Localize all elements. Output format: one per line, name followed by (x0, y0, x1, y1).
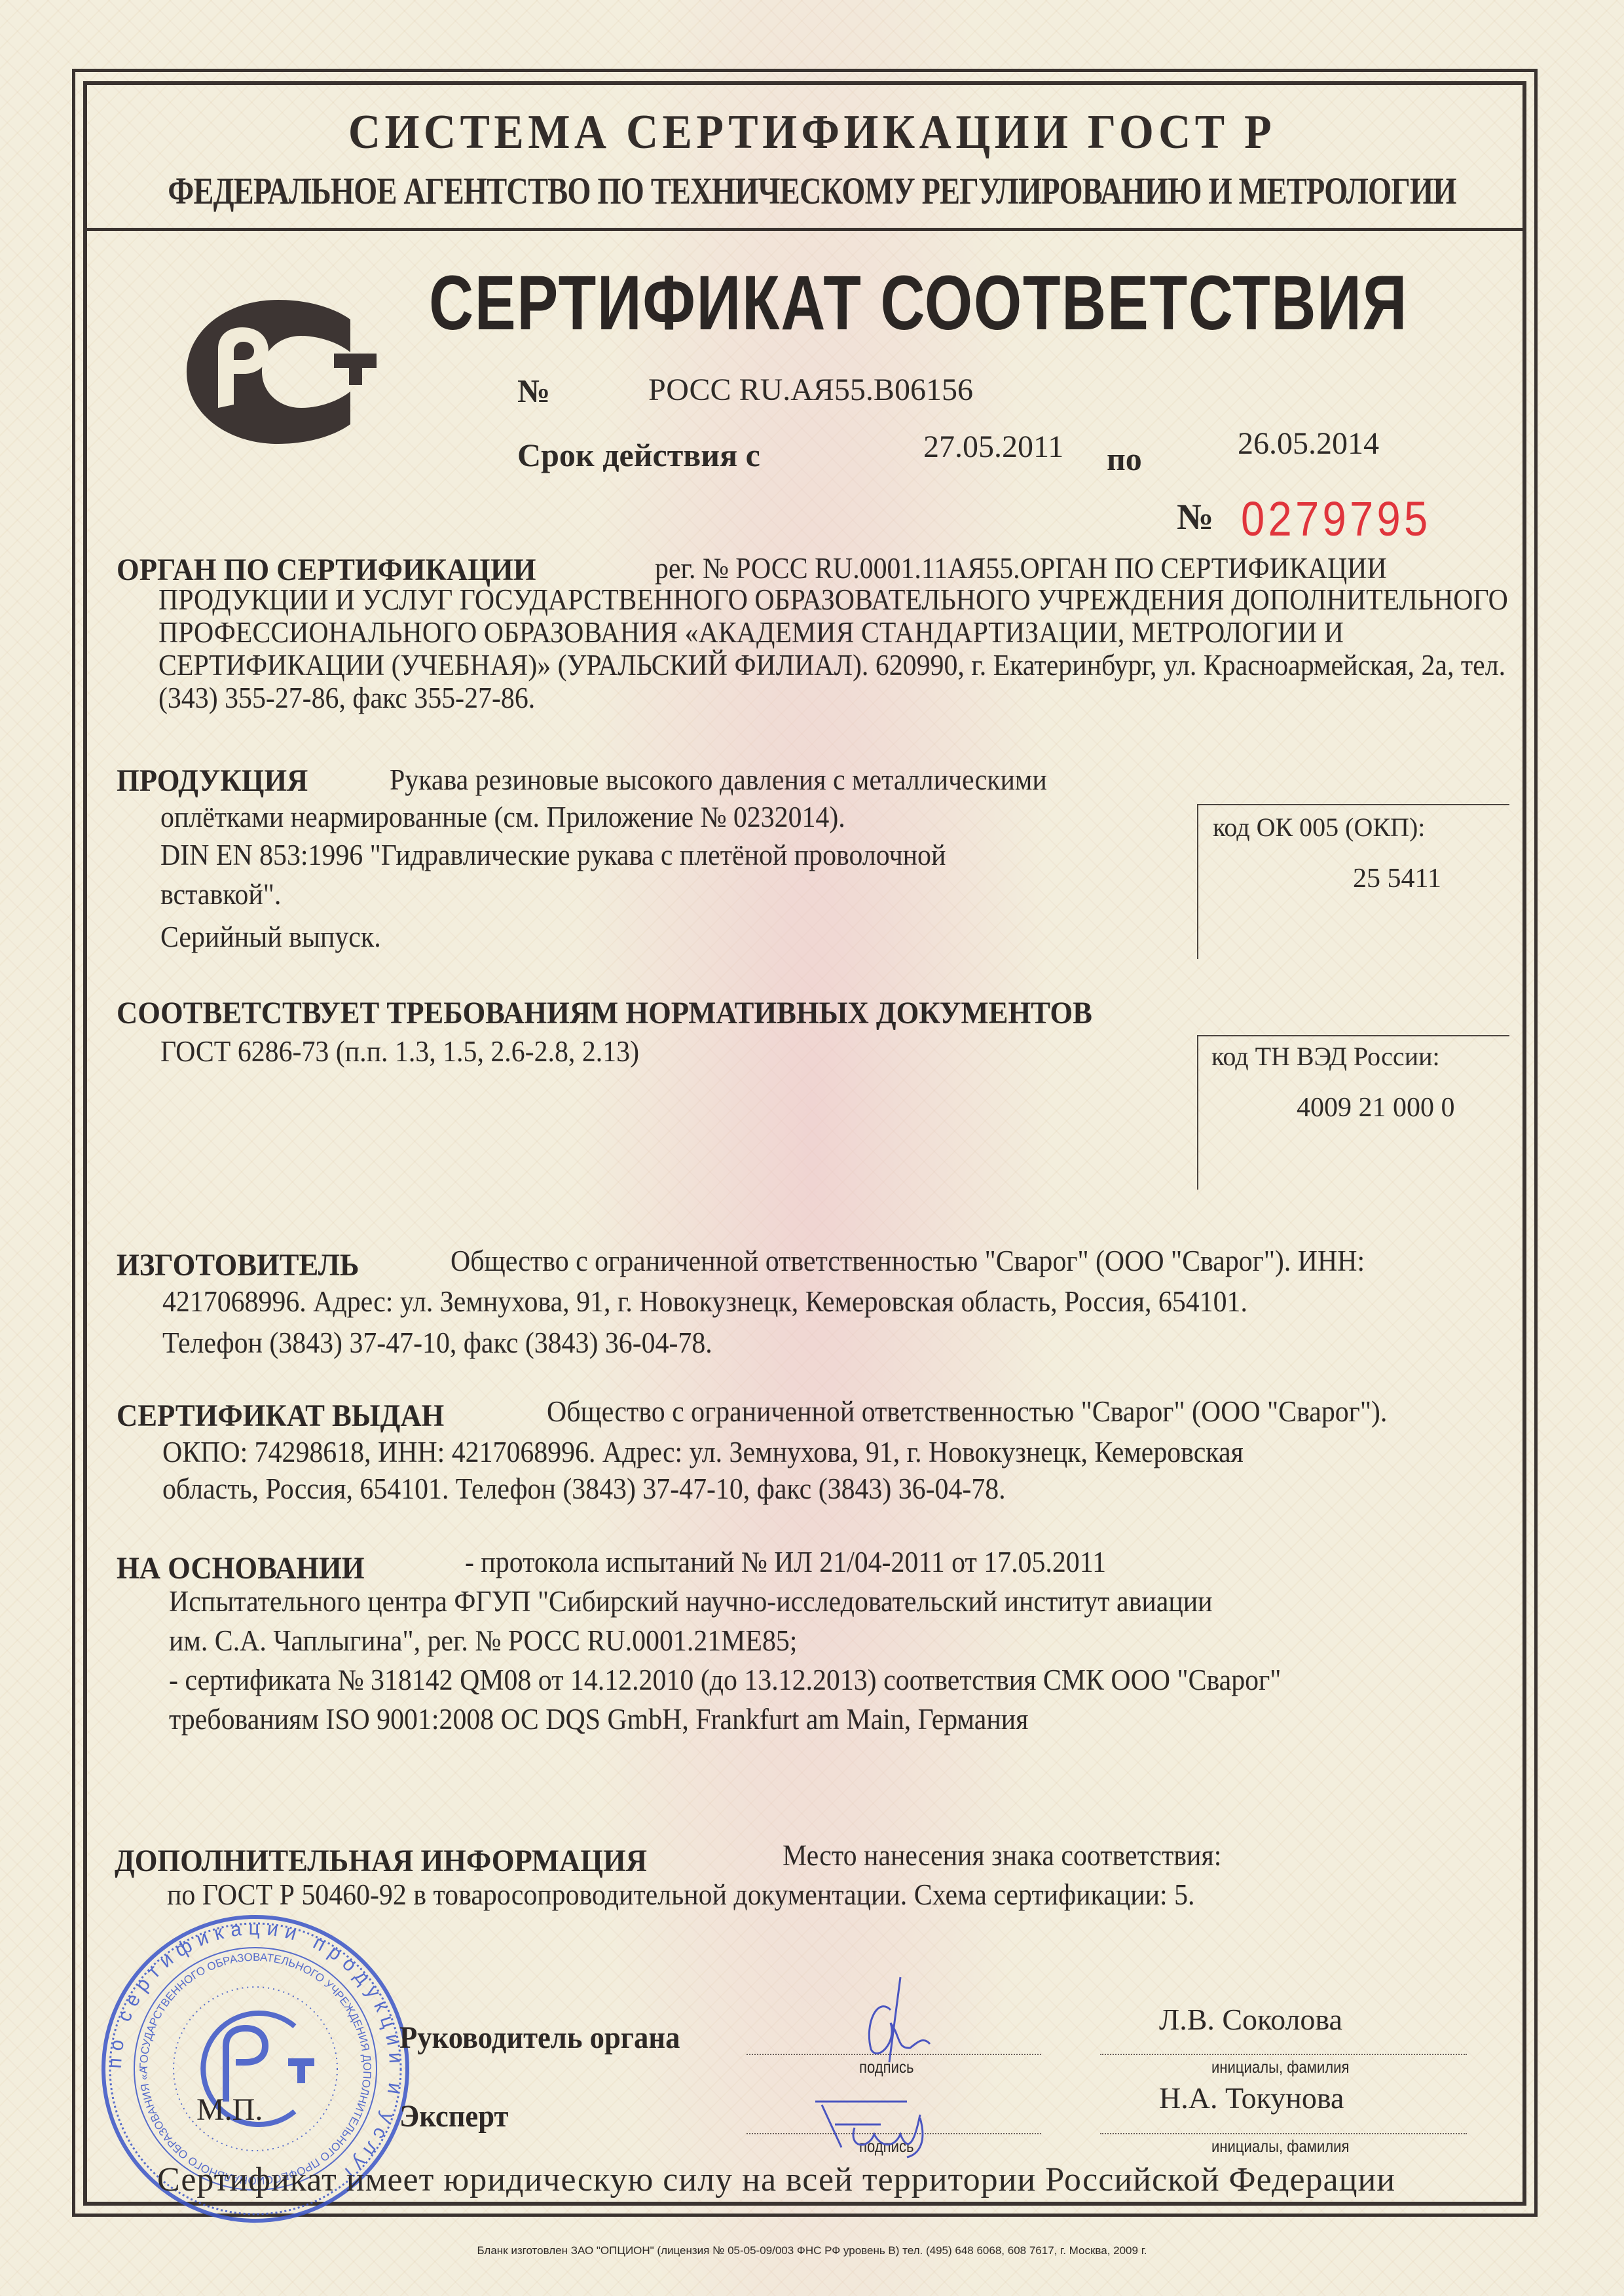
additional-info-label: ДОПОЛНИТЕЛЬНАЯ ИНФОРМАЦИЯ (115, 1843, 647, 1879)
registration-number: РОСС RU.АЯ55.В06156 (648, 372, 973, 408)
product-line: DIN EN 853:1996 "Гидравлические рукава с… (160, 838, 946, 872)
compliance-label: СООТВЕТСТВУЕТ ТРЕБОВАНИЯМ НОРМАТИВНЫХ ДО… (117, 995, 1092, 1031)
blank-serial-number: 0279795 (1241, 491, 1431, 547)
tnved-code-value: 4009 21 000 0 (1297, 1092, 1455, 1123)
head-name-caption: инициалы, фамилия (1211, 2057, 1349, 2077)
expert-name-caption: инициалы, фамилия (1211, 2136, 1349, 2157)
basis-line: Испытательного центра ФГУП "Сибирский на… (169, 1584, 1213, 1618)
issued-to-label: СЕРТИФИКАТ ВЫДАН (117, 1398, 444, 1434)
expert-name-line (1100, 2133, 1467, 2134)
certification-body-line: рег. № РОСС RU.0001.11АЯ55.ОРГАН ПО СЕРТ… (655, 551, 1387, 585)
product-line: Серийный выпуск. (160, 920, 381, 954)
additional-info-line: Место нанесения знака соответствия: (783, 1838, 1221, 1872)
registration-number-sign: № (517, 372, 550, 410)
expert-name: Н.А. Токунова (1159, 2081, 1344, 2115)
blank-serial-sign: № (1177, 496, 1213, 538)
tnved-code-label: код ТН ВЭД России: (1211, 1041, 1440, 1072)
validity-label: Срок действия с (517, 436, 760, 474)
printer-note: Бланк изготовлен ЗАО "ОПЦИОН" (лицензия … (0, 2244, 1624, 2257)
system-heading: СИСТЕМА СЕРТИФИКАЦИИ ГОСТ Р (65, 105, 1559, 160)
head-name-line (1100, 2054, 1467, 2055)
valid-from-date: 27.05.2011 (923, 429, 1063, 465)
certification-body-line: СЕРТИФИКАЦИИ (УЧЕБНАЯ)» (УРАЛЬСКИЙ ФИЛИА… (158, 648, 1505, 682)
expert-role-label: Эксперт (399, 2098, 508, 2134)
agency-heading: ФЕДЕРАЛЬНОЕ АГЕНТСТВО ПО ТЕХНИЧЕСКОМУ РЕ… (162, 169, 1462, 213)
okp-code-label: код ОК 005 (ОКП): (1213, 812, 1425, 843)
seal-place-label: М.П. (196, 2092, 263, 2128)
manufacturer-label: ИЗГОТОВИТЕЛЬ (117, 1247, 359, 1283)
issued-to-line: Общество с ограниченной ответственностью… (547, 1394, 1387, 1429)
certification-body-line: ПРОДУКЦИИ И УСЛУГ ГОСУДАРСТВЕННОГО ОБРАЗ… (158, 583, 1508, 617)
basis-line: - сертификата № 318142 QM08 от 14.12.201… (169, 1663, 1281, 1697)
okp-code-value: 25 5411 (1353, 863, 1441, 894)
basis-line: им. С.А. Чаплыгина", рег. № РОСС RU.0001… (169, 1624, 797, 1658)
product-line: Рукава резиновые высокого давления с мет… (390, 763, 1047, 797)
header-divider (83, 228, 1526, 231)
compliance-line: ГОСТ 6286-73 (п.п. 1.3, 1.5, 2.6-2.8, 2.… (160, 1034, 639, 1068)
certification-body-line: ПРОФЕССИОНАЛЬНОГО ОБРАЗОВАНИЯ «АКАДЕМИЯ … (158, 615, 1344, 649)
manufacturer-line: Общество с ограниченной ответственностью… (451, 1244, 1365, 1278)
manufacturer-line: Телефон (3843) 37-47-10, факс (3843) 36-… (162, 1326, 712, 1360)
head-name: Л.В. Соколова (1159, 2002, 1342, 2037)
valid-to-label: по (1107, 440, 1142, 478)
document-title: СЕРТИФИКАТ СООТВЕТСТВИЯ (429, 259, 1408, 348)
issued-to-line: область, Россия, 654101. Телефон (3843) … (162, 1472, 1006, 1506)
legal-validity-note: Сертификат имеет юридическую силу на все… (157, 2160, 1395, 2199)
certification-body-line: (343) 355-27-86, факс 355-27-86. (158, 681, 535, 715)
product-line: оплётками неармированные (см. Приложение… (160, 800, 845, 834)
gost-r-mark-icon (187, 300, 377, 444)
product-line: вставкой". (160, 877, 281, 911)
head-role-label: Руководитель органа (399, 2020, 680, 2056)
head-signature (851, 1971, 969, 2069)
expert-signature (796, 2088, 966, 2160)
basis-line: требованиям ISO 9001:2008 OC DQS GmbH, F… (169, 1702, 1028, 1736)
basis-line: - протокола испытаний № ИЛ 21/04-2011 от… (465, 1545, 1106, 1579)
valid-to-date: 26.05.2014 (1238, 426, 1379, 462)
basis-label: НА ОСНОВАНИИ (117, 1550, 364, 1586)
additional-info-line: по ГОСТ Р 50460-92 в товаросопроводитель… (167, 1878, 1194, 1912)
manufacturer-line: 4217068996. Адрес: ул. Земнухова, 91, г.… (162, 1285, 1247, 1319)
issued-to-line: ОКПО: 74298618, ИНН: 4217068996. Адрес: … (162, 1435, 1244, 1469)
product-label: ПРОДУКЦИЯ (117, 763, 308, 799)
